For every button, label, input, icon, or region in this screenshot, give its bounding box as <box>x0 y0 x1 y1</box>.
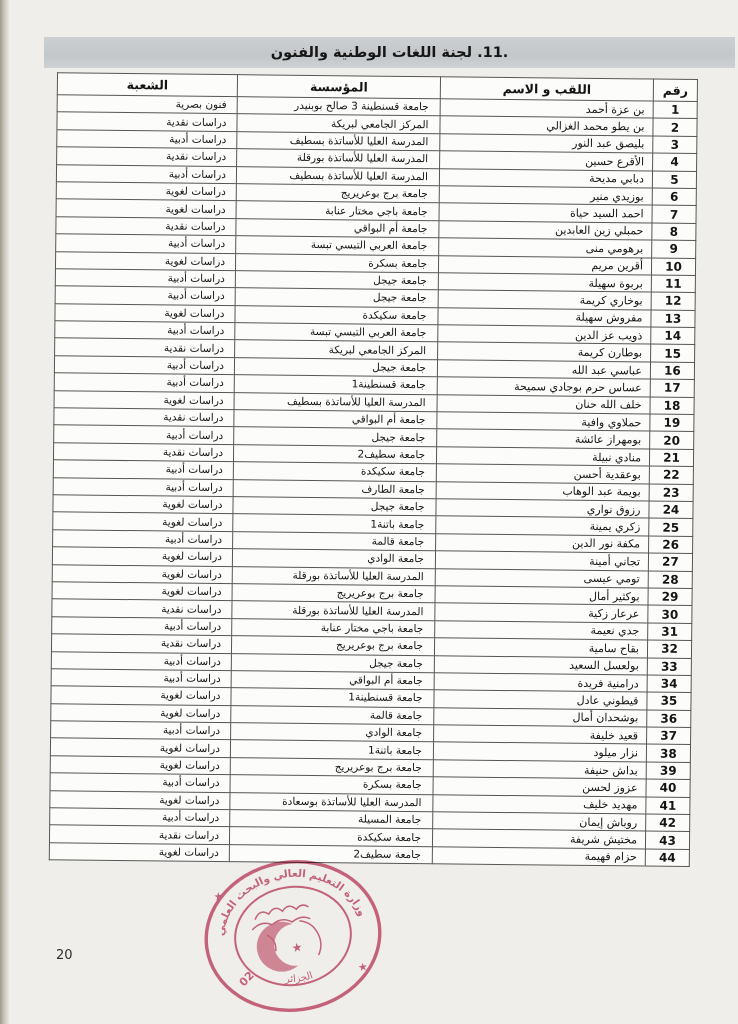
cell-branch: دراسات أدبية <box>54 425 234 444</box>
cell-name: زكري يمينة <box>436 516 649 536</box>
cell-inst: جامعة بسكرة <box>230 775 433 795</box>
header-number: رقم <box>653 79 697 101</box>
cell-branch: دراسات نقدية <box>53 443 233 462</box>
cell-name: رزوق نواري <box>436 499 649 519</box>
cell-branch: دراسات لغوية <box>55 303 235 322</box>
cell-name: دبابي مديحة <box>439 168 652 188</box>
cell-num: 8 <box>652 223 696 241</box>
cell-name: بوعقدية أحسن <box>436 464 649 484</box>
cell-inst: جامعة باجي مختار عنابة <box>232 618 435 638</box>
cell-branch: دراسات أدبية <box>53 460 233 479</box>
cell-num: 22 <box>649 466 693 484</box>
cell-inst: جامعة أم البواقي <box>231 671 434 691</box>
cell-inst: جامعة سكيكدة <box>235 305 438 325</box>
cell-inst: جامعة برج بوعريريج <box>232 584 435 604</box>
section-number: .11. <box>477 45 508 61</box>
cell-num: 6 <box>652 188 696 206</box>
cell-name: بومهراز عائشة <box>437 429 650 449</box>
cell-name: الأقرع حسين <box>440 151 653 171</box>
cell-branch: دراسات لغوية <box>51 686 231 705</box>
cell-branch: دراسات أدبية <box>52 616 232 635</box>
cell-num: 37 <box>647 727 691 745</box>
header-branch: الشعبة <box>57 73 237 97</box>
cell-inst: المدرسة العليا للأساتذة بسطيف <box>236 166 439 186</box>
cell-branch: دراسات نقدية <box>52 599 232 618</box>
cell-branch: دراسات لغوية <box>52 547 232 566</box>
cell-num: 41 <box>646 797 690 815</box>
cell-num: 42 <box>646 814 690 832</box>
scan-edge-shadow <box>0 0 9 1024</box>
cell-branch: دراسات لغوية <box>53 512 233 531</box>
cell-num: 21 <box>649 449 693 467</box>
cell-name: بوشحدان أمال <box>434 707 647 727</box>
cell-num: 26 <box>649 536 693 554</box>
cell-inst: جامعة قالمة <box>231 705 434 725</box>
cell-branch: دراسات أدبية <box>50 773 230 792</box>
cell-branch: دراسات لغوية <box>54 390 234 409</box>
cell-num: 32 <box>647 640 691 658</box>
cell-branch: دراسات نقدية <box>57 112 237 131</box>
stamp-number: 02 <box>237 969 257 989</box>
cell-branch: دراسات أدبية <box>55 269 235 288</box>
cell-num: 34 <box>647 675 691 693</box>
cell-inst: جامعة برج بوعريريج <box>230 757 433 777</box>
cell-inst: جامعة جيجل <box>234 427 437 447</box>
committee-table-wrap: رقم اللقب و الاسم المؤسسة الشعبة 1بن عزة… <box>49 72 697 867</box>
cell-num: 3 <box>653 136 697 154</box>
cell-branch: دراسات لغوية <box>50 790 230 809</box>
cell-name: برهومي منى <box>439 238 652 258</box>
cell-branch: دراسات أدبية <box>51 669 231 688</box>
cell-num: 30 <box>648 605 692 623</box>
cell-branch: دراسات أدبية <box>55 321 235 340</box>
cell-branch: دراسات أدبية <box>57 130 237 149</box>
cell-num: 16 <box>650 362 694 380</box>
cell-num: 39 <box>646 762 690 780</box>
cell-name: عباسي عبد الله <box>437 360 650 380</box>
cell-inst: جامعة سكيكدة <box>229 827 432 847</box>
cell-name: خلف الله حنان <box>437 394 650 414</box>
cell-num: 1 <box>653 101 697 119</box>
cell-branch: دراسات لغوية <box>56 182 236 201</box>
section-title: .11.‏ لجنة اللغات الوطنية والفنون <box>271 45 509 61</box>
cell-name: مفروش سهيلة <box>438 307 651 327</box>
cell-branch: دراسات لغوية <box>50 756 230 775</box>
cell-num: 13 <box>651 310 695 328</box>
cell-inst: جامعة سطيف2 <box>233 444 436 464</box>
cell-num: 25 <box>649 518 693 536</box>
cell-inst: جامعة أم البواقي <box>236 218 439 238</box>
cell-name: عساس حرم بوجادي سميحة <box>437 377 650 397</box>
cell-branch: دراسات نقدية <box>54 408 234 427</box>
cell-num: 44 <box>645 849 689 867</box>
cell-branch: دراسات أدبية <box>54 356 234 375</box>
cell-name: جدي نعيمة <box>435 621 648 641</box>
cell-num: 4 <box>653 153 697 171</box>
cell-inst: جامعة بسكرة <box>235 253 438 273</box>
cell-branch: دراسات أدبية <box>54 373 234 392</box>
cell-num: 20 <box>650 431 694 449</box>
cell-num: 36 <box>647 710 691 728</box>
cell-num: 12 <box>651 292 695 310</box>
cell-name: احمد السيد حياة <box>439 203 652 223</box>
cell-num: 35 <box>647 692 691 710</box>
cell-inst: جامعة جيجل <box>235 288 438 308</box>
cell-branch: دراسات أدبية <box>51 721 231 740</box>
cell-inst: جامعة باتنة1 <box>233 514 436 534</box>
cell-inst: جامعة باجي مختار عنابة <box>236 201 439 221</box>
cell-name: حملاوي وافية <box>437 412 650 432</box>
cell-branch: دراسات نقدية <box>55 338 235 357</box>
cell-inst: المركز الجامعي لبريكة <box>235 340 438 360</box>
cell-name: بقاح سامية <box>434 638 647 658</box>
cell-branch: دراسات أدبية <box>56 164 236 183</box>
cell-num: 15 <box>651 344 695 362</box>
cell-name: بويمة عبد الوهاب <box>436 481 649 501</box>
cell-name: منادي نبيلة <box>436 447 649 467</box>
cell-name: مكفة نور الدين <box>436 534 649 554</box>
cell-inst: جامعة جيجل <box>231 653 434 673</box>
cell-num: 31 <box>648 623 692 641</box>
cell-inst: جامعة جيجل <box>234 358 437 378</box>
stamp-star-icon: ★ <box>213 889 225 903</box>
cell-branch: دراسات نقدية <box>56 217 236 236</box>
cell-branch: دراسات لغوية <box>51 703 231 722</box>
cell-inst: جامعة برج بوعريريج <box>236 184 439 204</box>
cell-num: 19 <box>650 414 694 432</box>
cell-name: بولعسل السعيد <box>434 655 647 675</box>
stamp-crescent-star-icon: ★ <box>291 940 304 955</box>
section-title-bar: .11.‏ لجنة اللغات الوطنية والفنون <box>44 37 735 68</box>
cell-branch: دراسات لغوية <box>52 582 232 601</box>
cell-num: 10 <box>651 258 695 276</box>
cell-name: بليصق عبد النور <box>440 134 653 154</box>
cell-branch: فنون بصرية <box>57 95 237 114</box>
cell-num: 18 <box>650 397 694 415</box>
cell-name: روباش إيمان <box>433 812 646 832</box>
cell-name: حمبلي زين العابدين <box>439 221 652 241</box>
cell-name: تجاني أمينة <box>435 551 648 571</box>
cell-inst: جامعة أم البواقي <box>234 410 437 430</box>
cell-name: نزار ميلود <box>433 742 646 762</box>
cell-name: درامنية فريدة <box>434 673 647 693</box>
cell-branch: دراسات لغوية <box>50 738 230 757</box>
cell-inst: جامعة الطارف <box>233 479 436 499</box>
cell-inst: جامعة قسنطينة1 <box>231 688 434 708</box>
cell-name: قعيد خليفة <box>434 725 647 745</box>
cell-num: 14 <box>651 327 695 345</box>
cell-inst: المدرسة العليا للأساتذة بورقلة <box>237 149 440 169</box>
cell-name: حزام فهيمة <box>432 847 645 867</box>
cell-branch: دراسات أدبية <box>56 234 236 253</box>
cell-branch: دراسات أدبية <box>53 477 233 496</box>
cell-name: تومي عيسى <box>435 568 648 588</box>
cell-branch: دراسات أدبية <box>55 286 235 305</box>
cell-inst: جامعة الوادي <box>231 723 434 743</box>
cell-num: 28 <box>648 571 692 589</box>
stamp-bottom-text: الجزائر <box>282 970 314 987</box>
official-stamp: وزارة التعليم العالي والبحث العلمي الجزا… <box>198 850 388 1022</box>
cell-branch: دراسات أدبية <box>51 651 231 670</box>
cell-inst: جامعة جيجل <box>233 497 436 517</box>
cell-name: بربوة سهيلة <box>438 273 651 293</box>
cell-name: أقرين مريم <box>438 255 651 275</box>
cell-num: 29 <box>648 588 692 606</box>
cell-num: 27 <box>648 553 692 571</box>
cell-name: بن يطو محمد الغزالي <box>440 116 653 136</box>
cell-branch: دراسات لغوية <box>52 564 232 583</box>
header-institution: المؤسسة <box>237 75 440 99</box>
cell-name: عزوز لحسن <box>433 777 646 797</box>
cell-num: 24 <box>649 501 693 519</box>
cell-num: 2 <box>653 118 697 136</box>
cell-inst: جامعة جيجل <box>235 271 438 291</box>
stamp-ring-text: وزارة التعليم العالي والبحث العلمي <box>207 858 369 938</box>
cell-branch: دراسات لغوية <box>53 495 233 514</box>
cell-inst: المدرسة العليا للأساتذة بسطيف <box>234 392 437 412</box>
section-title-label: لجنة اللغات الوطنية والفنون <box>271 45 472 61</box>
cell-name: بداش حنيفة <box>433 760 646 780</box>
cell-num: 7 <box>652 205 696 223</box>
cell-name: عرعار زكية <box>435 603 648 623</box>
cell-branch: دراسات لغوية <box>56 199 236 218</box>
cell-name: بوكثير أمال <box>435 586 648 606</box>
cell-branch: دراسات نقدية <box>49 825 229 844</box>
scanned-page: { "title": { "number": ".11.", "text": "… <box>0 0 738 1024</box>
cell-name: بن عزة أحمد <box>440 99 653 119</box>
cell-num: 9 <box>652 240 696 258</box>
cell-inst: جامعة برج بوعريريج <box>231 636 434 656</box>
cell-inst: المركز الجامعي لبريكة <box>237 114 440 134</box>
cell-inst: جامعة باتنة1 <box>230 740 433 760</box>
cell-inst: جامعة سكيكدة <box>233 462 436 482</box>
committee-table: رقم اللقب و الاسم المؤسسة الشعبة 1بن عزة… <box>49 72 698 867</box>
cell-name: ذويب عز الدين <box>438 325 651 345</box>
cell-name: بوطارن كريمة <box>438 342 651 362</box>
cell-inst: جامعة المسيلة <box>230 810 433 830</box>
cell-inst: جامعة قسنطينة1 <box>234 375 437 395</box>
cell-branch: دراسات أدبية <box>53 530 233 549</box>
header-name: اللقب و الاسم <box>440 77 653 101</box>
cell-num: 23 <box>649 484 693 502</box>
cell-branch: دراسات لغوية <box>55 251 235 270</box>
cell-num: 43 <box>645 831 689 849</box>
cell-name: بوزيدي منير <box>439 186 652 206</box>
table-body: 1بن عزة أحمدجامعة قسنطينة 3 صالح بوبنيدر… <box>49 95 697 867</box>
cell-name: مختيش شريفة <box>432 829 645 849</box>
cell-inst: جامعة قسنطينة 3 صالح بوبنيدر <box>237 97 440 117</box>
cell-name: بوخاري كريمة <box>438 290 651 310</box>
page-number: 20 <box>56 948 73 963</box>
cell-inst: جامعة الوادي <box>232 549 435 569</box>
cell-num: 38 <box>646 744 690 762</box>
cell-branch: دراسات نقدية <box>51 634 231 653</box>
cell-inst: المدرسة العليا للأساتذة بورقلة <box>232 566 435 586</box>
stamp-star-icon: ★ <box>357 960 369 974</box>
cell-branch: دراسات أدبية <box>50 808 230 827</box>
cell-inst: المدرسة العليا للأساتذة بورقلة <box>232 601 435 621</box>
cell-name: قيطوني عادل <box>434 690 647 710</box>
cell-branch: دراسات نقدية <box>57 147 237 166</box>
cell-num: 5 <box>652 171 696 189</box>
cell-num: 17 <box>650 379 694 397</box>
cell-inst: جامعة العربي التبسي تبسة <box>236 236 439 256</box>
cell-inst: المدرسة العليا للأساتذة بسطيف <box>237 131 440 151</box>
cell-num: 11 <box>651 275 695 293</box>
cell-inst: المدرسة العليا للأساتذة بوسعادة <box>230 792 433 812</box>
cell-num: 40 <box>646 779 690 797</box>
cell-inst: جامعة قالمة <box>233 531 436 551</box>
cell-inst: جامعة العربي التبسي تبسة <box>235 323 438 343</box>
cell-name: مهديد خليف <box>433 794 646 814</box>
cell-num: 33 <box>647 658 691 676</box>
